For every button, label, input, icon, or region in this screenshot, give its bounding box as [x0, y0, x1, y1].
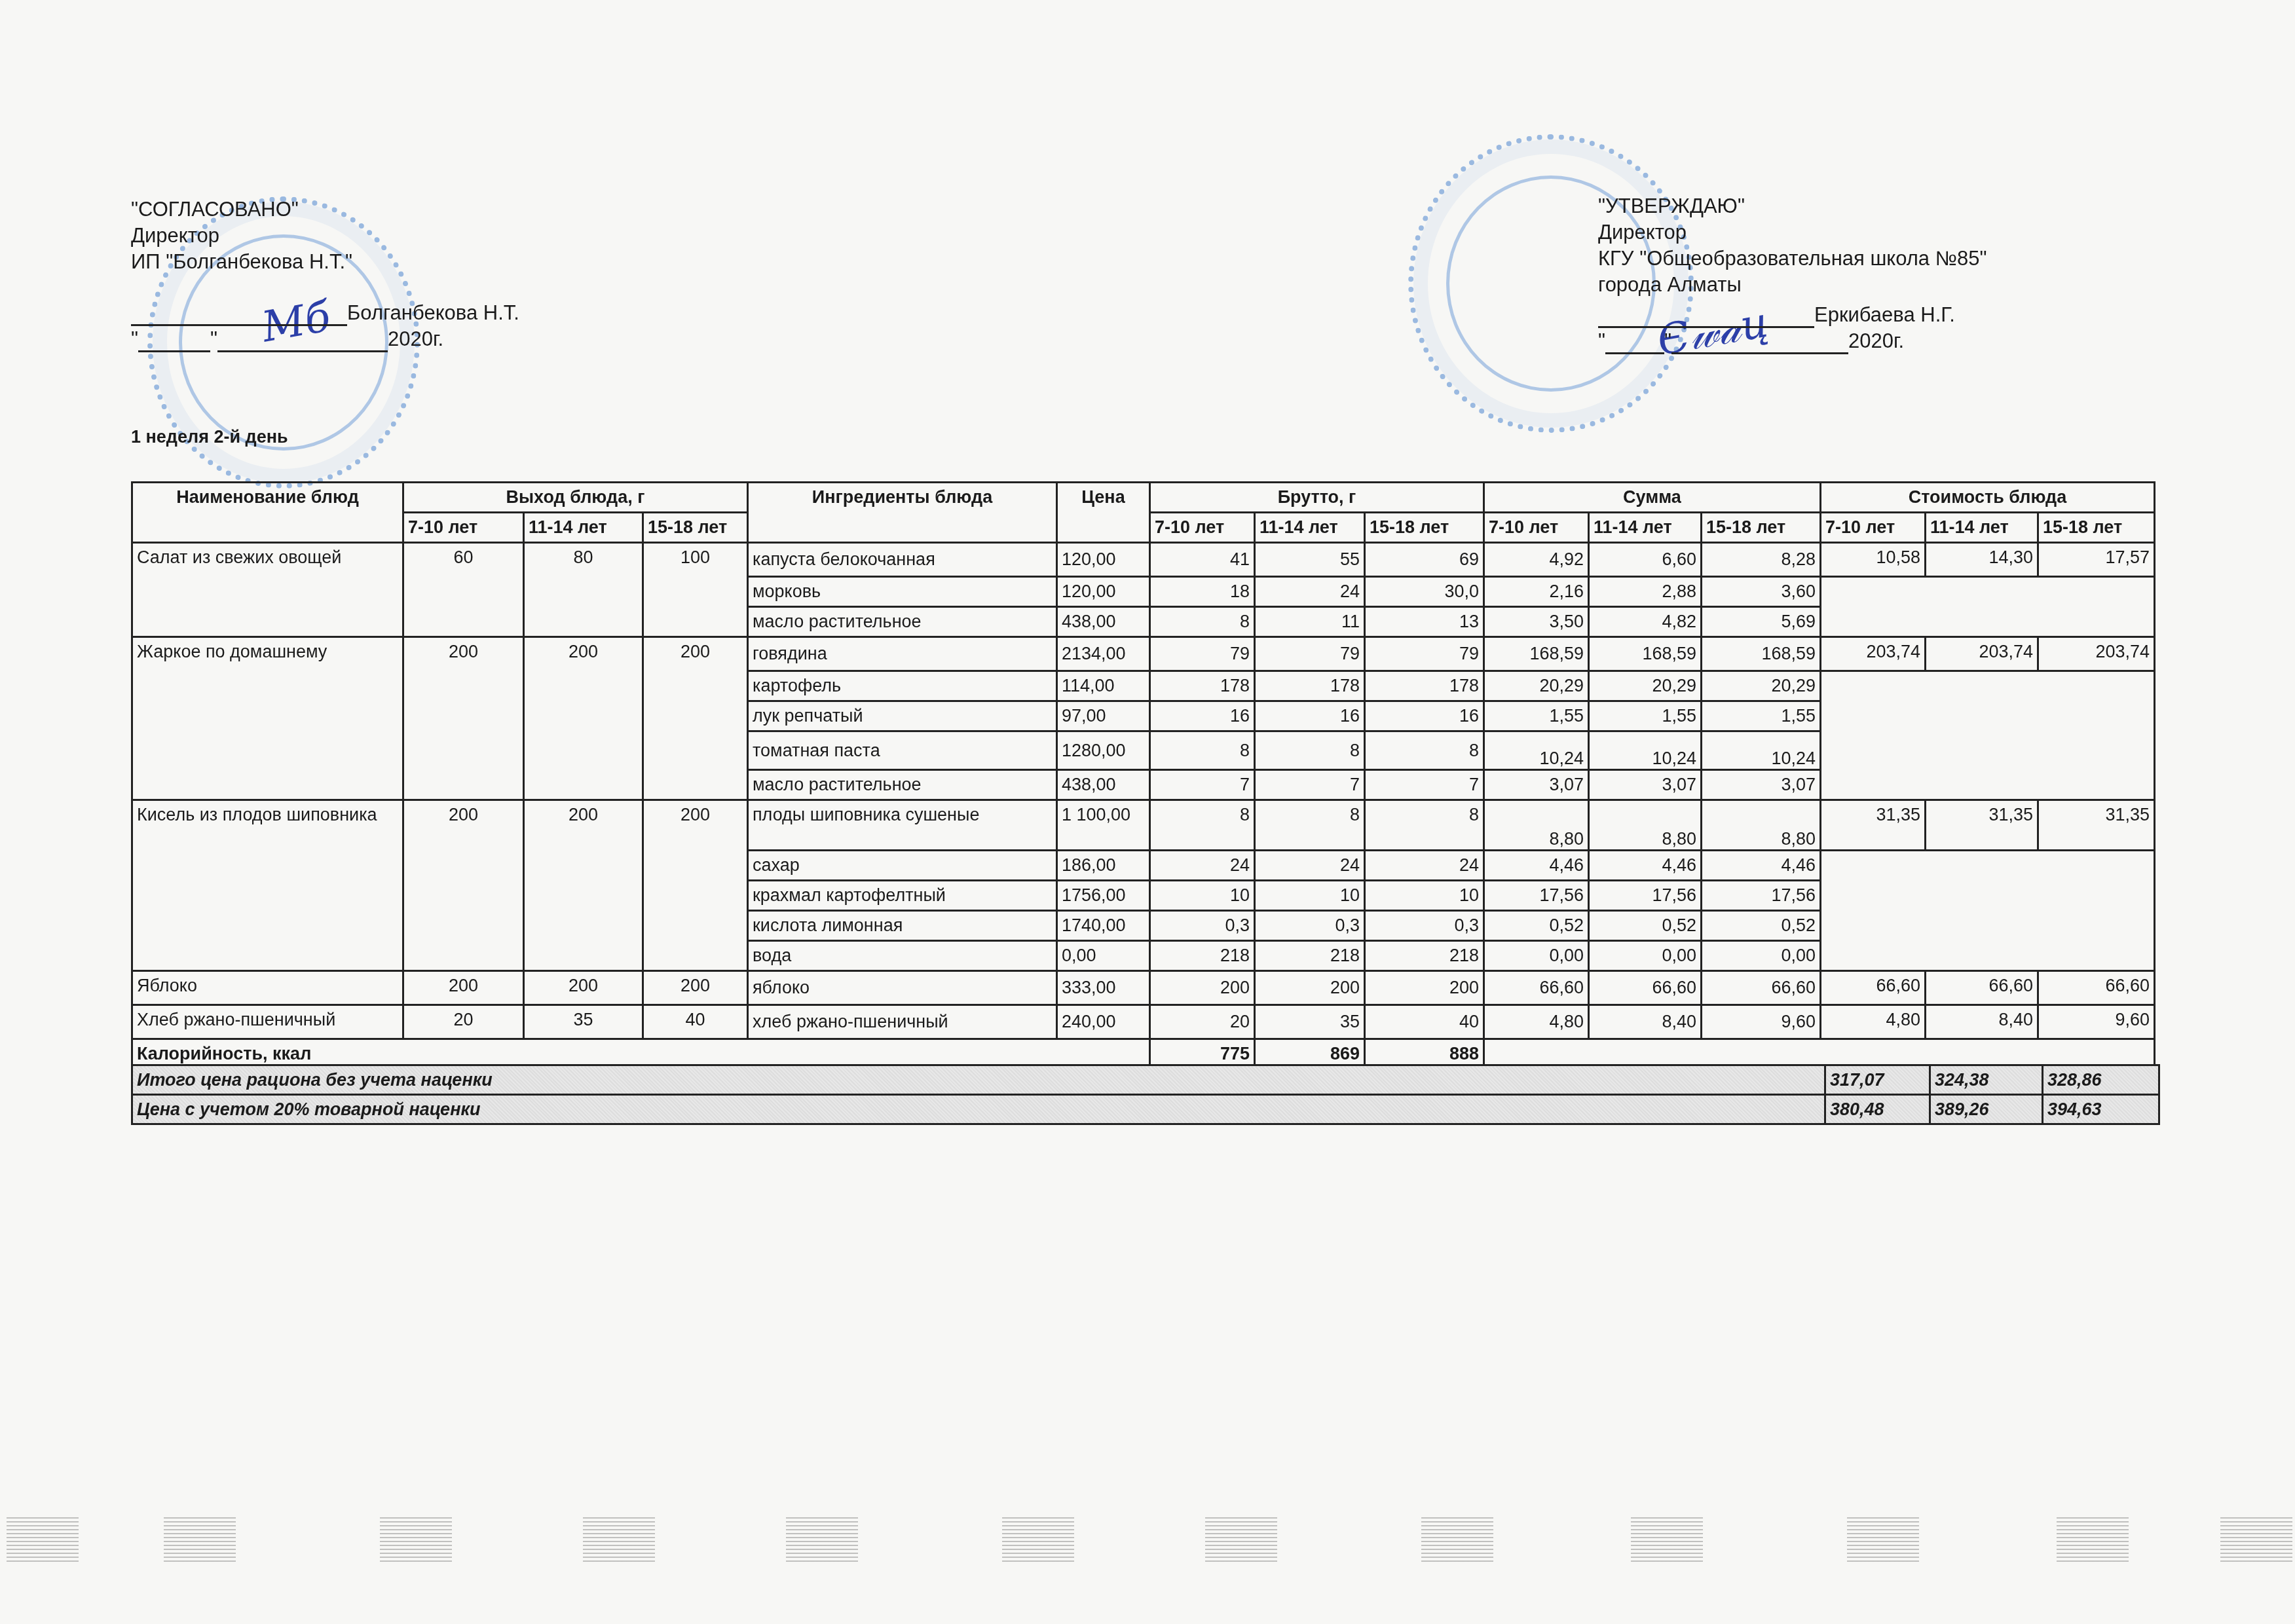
ingredient-gross: 7 — [1150, 770, 1255, 800]
header-gross-age-0: 7-10 лет — [1150, 513, 1255, 543]
ingredient-sum: 66,60 — [1484, 971, 1589, 1005]
ingredient-gross: 13 — [1365, 607, 1484, 637]
ingredient-gross: 10 — [1255, 881, 1365, 911]
ingredient-gross: 16 — [1365, 701, 1484, 731]
ingredient-gross: 18 — [1150, 577, 1255, 607]
week-day-label: 1 неделя 2-й день — [131, 427, 288, 447]
totals-value: 380,48 — [1825, 1095, 1930, 1124]
dish-cost: 17,57 — [2038, 543, 2155, 577]
header-cost-age-1: 11-14 лет — [1926, 513, 2038, 543]
ingredient-gross: 8 — [1365, 800, 1484, 851]
ingredient-sum: 4,80 — [1484, 1005, 1589, 1039]
dish-yield: 60 — [403, 543, 524, 637]
header-gross-age-2: 15-18 лет — [1365, 513, 1484, 543]
header-dish-cost: Стоимость блюда — [1821, 483, 2155, 513]
ingredient-sum: 20,29 — [1589, 671, 1702, 701]
ingredient-sum: 6,60 — [1589, 543, 1702, 577]
ingredient-price: 438,00 — [1057, 607, 1150, 637]
ingredient-sum: 8,80 — [1484, 800, 1589, 851]
approval-left-organization: ИП "Болганбекова Н.Т." — [131, 249, 519, 275]
ingredient-sum: 168,59 — [1589, 637, 1702, 671]
ingredient-gross: 24 — [1255, 577, 1365, 607]
ingredient-price: 240,00 — [1057, 1005, 1150, 1039]
dish-yield: 200 — [643, 800, 748, 971]
ingredient-gross: 24 — [1150, 851, 1255, 881]
ingredient-sum: 20,29 — [1702, 671, 1821, 701]
approval-left-year: 2020г. — [388, 327, 443, 350]
ingredient-gross: 40 — [1365, 1005, 1484, 1039]
dish-yield: 200 — [403, 637, 524, 800]
ingredient-sum: 0,52 — [1484, 911, 1589, 941]
approval-right-city: города Алматы — [1598, 272, 1987, 298]
ingredient-name: вода — [748, 941, 1057, 971]
ingredient-sum: 66,60 — [1702, 971, 1821, 1005]
ingredient-name: капуста белокочанная — [748, 543, 1057, 577]
dish-yield: 200 — [403, 800, 524, 971]
ingredient-name: сахар — [748, 851, 1057, 881]
ingredient-gross: 10 — [1365, 881, 1484, 911]
ingredient-sum: 1,55 — [1484, 701, 1589, 731]
dish-cost: 10,58 — [1821, 543, 1926, 577]
ingredient-sum: 3,07 — [1484, 770, 1589, 800]
ingredient-gross: 200 — [1365, 971, 1484, 1005]
ingredient-gross: 10 — [1150, 881, 1255, 911]
ingredient-gross: 218 — [1150, 941, 1255, 971]
ingredient-sum: 0,00 — [1589, 941, 1702, 971]
approval-right-signatory: Еркибаева Н.Г. — [1814, 303, 1955, 326]
totals-value: 324,38 — [1930, 1065, 2043, 1095]
approval-right-block: "УТВЕРЖДАЮ" Директор КГУ "Общеобразовате… — [1598, 193, 1987, 354]
header-ingredients: Ингредиенты блюда — [748, 483, 1057, 543]
ingredient-gross: 30,0 — [1365, 577, 1484, 607]
dish-cost: 9,60 — [2038, 1005, 2155, 1039]
totals-value: 328,86 — [2043, 1065, 2159, 1095]
ingredient-price: 120,00 — [1057, 577, 1150, 607]
table-row: Жаркое по домашнему200200200говядина2134… — [132, 637, 2155, 671]
ingredient-price: 1740,00 — [1057, 911, 1150, 941]
ingredient-sum: 3,60 — [1702, 577, 1821, 607]
dish-cost: 203,74 — [1926, 637, 2038, 671]
ingredient-gross: 8 — [1255, 800, 1365, 851]
ingredient-gross: 8 — [1150, 731, 1255, 770]
dish-cost: 31,35 — [1926, 800, 2038, 851]
ingredient-gross: 8 — [1150, 607, 1255, 637]
ingredient-sum: 2,16 — [1484, 577, 1589, 607]
ingredient-gross: 16 — [1150, 701, 1255, 731]
ingredient-sum: 4,92 — [1484, 543, 1589, 577]
table-row: Яблоко200200200яблоко333,0020020020066,6… — [132, 971, 2155, 1005]
ingredient-gross: 178 — [1365, 671, 1484, 701]
ingredient-name: картофель — [748, 671, 1057, 701]
ingredient-sum: 10,24 — [1484, 731, 1589, 770]
dish-cost: 31,35 — [2038, 800, 2155, 851]
dish-yield: 35 — [524, 1005, 643, 1039]
ingredient-price: 114,00 — [1057, 671, 1150, 701]
date-quote: " — [1598, 329, 1605, 352]
dish-cost: 66,60 — [2038, 971, 2155, 1005]
ingredient-name: масло растительное — [748, 607, 1057, 637]
dish-cost: 203,74 — [1821, 637, 1926, 671]
ingredient-gross: 0,3 — [1150, 911, 1255, 941]
ingredient-gross: 79 — [1365, 637, 1484, 671]
dish-yield: 20 — [403, 1005, 524, 1039]
dish-yield: 200 — [643, 971, 748, 1005]
ingredient-sum: 1,55 — [1702, 701, 1821, 731]
ingredient-sum: 20,29 — [1484, 671, 1589, 701]
ingredient-gross: 200 — [1150, 971, 1255, 1005]
ingredient-name: плоды шиповника сушеные — [748, 800, 1057, 851]
ingredient-price: 1 100,00 — [1057, 800, 1150, 851]
ingredient-sum: 17,56 — [1702, 881, 1821, 911]
ingredient-sum: 0,00 — [1702, 941, 1821, 971]
ingredient-sum: 66,60 — [1589, 971, 1702, 1005]
dish-yield: 200 — [403, 971, 524, 1005]
ingredient-sum: 9,60 — [1702, 1005, 1821, 1039]
ingredient-gross: 24 — [1255, 851, 1365, 881]
ingredient-gross: 8 — [1150, 800, 1255, 851]
ingredient-sum: 2,88 — [1589, 577, 1702, 607]
date-month-line — [1671, 352, 1848, 354]
dish-name: Кисель из плодов шиповника — [132, 800, 403, 971]
ingredient-price: 120,00 — [1057, 543, 1150, 577]
date-day-line — [138, 350, 210, 352]
ingredient-gross: 7 — [1365, 770, 1484, 800]
dish-yield: 200 — [524, 800, 643, 971]
ingredient-gross: 35 — [1255, 1005, 1365, 1039]
date-month-line — [217, 350, 388, 352]
dish-name: Хлеб ржано-пшеничный — [132, 1005, 403, 1039]
totals-value: 394,63 — [2043, 1095, 2159, 1124]
approval-left-signatory: Болганбекова Н.Т. — [347, 301, 519, 324]
ingredient-name: говядина — [748, 637, 1057, 671]
ingredient-sum: 8,80 — [1702, 800, 1821, 851]
header-yield-age-1: 11-14 лет — [524, 513, 643, 543]
ingredient-gross: 178 — [1255, 671, 1365, 701]
approval-right-position: Директор — [1598, 219, 1987, 246]
ingredient-price: 1280,00 — [1057, 731, 1150, 770]
ingredient-name: крахмал картофелтный — [748, 881, 1057, 911]
dish-yield: 40 — [643, 1005, 748, 1039]
ingredient-gross: 79 — [1150, 637, 1255, 671]
approval-left-title: "СОГЛАСОВАНО" — [131, 196, 519, 223]
ingredient-gross: 7 — [1255, 770, 1365, 800]
dish-name: Жаркое по домашнему — [132, 637, 403, 800]
totals-label: Цена с учетом 20% товарной наценки — [132, 1095, 1825, 1124]
header-yield-age-0: 7-10 лет — [403, 513, 524, 543]
approval-right-title: "УТВЕРЖДАЮ" — [1598, 193, 1987, 219]
header-sum-age-1: 11-14 лет — [1589, 513, 1702, 543]
ingredient-sum: 8,40 — [1589, 1005, 1702, 1039]
date-quote: " — [210, 327, 217, 350]
ingredient-sum: 4,46 — [1484, 851, 1589, 881]
header-gross-age-1: 11-14 лет — [1255, 513, 1365, 543]
ingredient-gross: 8 — [1255, 731, 1365, 770]
dish-yield: 200 — [643, 637, 748, 800]
ingredient-gross: 55 — [1255, 543, 1365, 577]
ingredient-gross: 0,3 — [1365, 911, 1484, 941]
dish-name: Салат из свежих овощей — [132, 543, 403, 637]
dish-yield: 100 — [643, 543, 748, 637]
dish-cost: 31,35 — [1821, 800, 1926, 851]
table-row: Хлеб ржано-пшеничный203540хлеб ржано-пше… — [132, 1005, 2155, 1039]
ingredient-price: 186,00 — [1057, 851, 1150, 881]
ingredient-name: кислота лимонная — [748, 911, 1057, 941]
dish-cost-empty — [1821, 577, 2155, 637]
ingredient-sum: 3,07 — [1702, 770, 1821, 800]
ingredient-gross: 218 — [1255, 941, 1365, 971]
header-price: Цена — [1057, 483, 1150, 543]
ingredient-gross: 69 — [1365, 543, 1484, 577]
ingredient-sum: 4,46 — [1589, 851, 1702, 881]
approval-left-position: Директор — [131, 223, 519, 249]
ingredient-name: яблоко — [748, 971, 1057, 1005]
ingredient-gross: 218 — [1365, 941, 1484, 971]
dish-cost-empty — [1821, 851, 2155, 971]
ingredient-gross: 0,3 — [1255, 911, 1365, 941]
dish-cost: 203,74 — [2038, 637, 2155, 671]
header-sum-age-2: 15-18 лет — [1702, 513, 1821, 543]
dish-yield: 200 — [524, 971, 643, 1005]
totals-label: Итого цена рациона без учета наценки — [132, 1065, 1825, 1095]
dish-cost: 66,60 — [1821, 971, 1926, 1005]
ingredient-price: 0,00 — [1057, 941, 1150, 971]
dish-cost: 8,40 — [1926, 1005, 2038, 1039]
header-gross: Брутто, г — [1150, 483, 1484, 513]
ingredient-price: 97,00 — [1057, 701, 1150, 731]
ingredient-sum: 1,55 — [1589, 701, 1702, 731]
ingredient-sum: 3,50 — [1484, 607, 1589, 637]
ingredient-name: морковь — [748, 577, 1057, 607]
ingredient-sum: 168,59 — [1702, 637, 1821, 671]
dish-yield: 200 — [524, 637, 643, 800]
ingredient-price: 333,00 — [1057, 971, 1150, 1005]
scan-artifacts — [0, 1516, 2295, 1562]
date-quote: " — [1664, 329, 1671, 352]
ingredient-gross: 16 — [1255, 701, 1365, 731]
ingredient-sum: 4,82 — [1589, 607, 1702, 637]
ingredient-sum: 168,59 — [1484, 637, 1589, 671]
ingredient-gross: 20 — [1150, 1005, 1255, 1039]
ingredient-sum: 8,80 — [1589, 800, 1702, 851]
ingredient-gross: 11 — [1255, 607, 1365, 637]
ingredient-sum: 4,46 — [1702, 851, 1821, 881]
header-cost-age-0: 7-10 лет — [1821, 513, 1926, 543]
ingredient-price: 2134,00 — [1057, 637, 1150, 671]
header-dish-name: Наименование блюд — [132, 483, 403, 543]
ingredient-gross: 79 — [1255, 637, 1365, 671]
dish-cost: 14,30 — [1926, 543, 2038, 577]
ingredient-gross: 41 — [1150, 543, 1255, 577]
date-day-line — [1605, 352, 1664, 354]
ingredient-name: лук репчатый — [748, 701, 1057, 731]
ingredient-sum: 0,00 — [1484, 941, 1589, 971]
ingredient-gross: 200 — [1255, 971, 1365, 1005]
ingredient-sum: 10,24 — [1702, 731, 1821, 770]
header-cost-age-2: 15-18 лет — [2038, 513, 2155, 543]
table-row: Салат из свежих овощей6080100капуста бел… — [132, 543, 2155, 577]
ingredient-price: 1756,00 — [1057, 881, 1150, 911]
ingredient-gross: 24 — [1365, 851, 1484, 881]
totals-row: Итого цена рациона без учета наценки317,… — [132, 1065, 2159, 1095]
header-yield: Выход блюда, г — [403, 483, 748, 513]
ingredient-price: 438,00 — [1057, 770, 1150, 800]
table-row: Кисель из плодов шиповника200200200плоды… — [132, 800, 2155, 851]
ingredient-sum: 0,52 — [1589, 911, 1702, 941]
ingredient-sum: 17,56 — [1484, 881, 1589, 911]
dish-cost-empty — [1821, 671, 2155, 800]
totals-value: 389,26 — [1930, 1095, 2043, 1124]
ingredient-sum: 3,07 — [1589, 770, 1702, 800]
ingredient-gross: 178 — [1150, 671, 1255, 701]
ingredient-name: масло растительное — [748, 770, 1057, 800]
header-sum-age-0: 7-10 лет — [1484, 513, 1589, 543]
dish-yield: 80 — [524, 543, 643, 637]
approval-right-year: 2020г. — [1848, 329, 1904, 352]
dish-cost: 4,80 — [1821, 1005, 1926, 1039]
totals-table: Итого цена рациона без учета наценки317,… — [131, 1064, 2160, 1125]
approval-right-organization: КГУ "Общеобразовательная школа №85" — [1598, 246, 1987, 272]
ingredient-sum: 5,69 — [1702, 607, 1821, 637]
ingredient-sum: 0,52 — [1702, 911, 1821, 941]
totals-value: 317,07 — [1825, 1065, 1930, 1095]
ingredient-name: хлеб ржано-пшеничный — [748, 1005, 1057, 1039]
date-quote: " — [131, 327, 138, 350]
ingredient-sum: 17,56 — [1589, 881, 1702, 911]
header-yield-age-2: 15-18 лет — [643, 513, 748, 543]
header-sum: Сумма — [1484, 483, 1821, 513]
menu-table: Наименование блюд Выход блюда, г Ингреди… — [131, 481, 2155, 1070]
ingredient-gross: 8 — [1365, 731, 1484, 770]
dish-cost: 66,60 — [1926, 971, 2038, 1005]
ingredient-sum: 10,24 — [1589, 731, 1702, 770]
approval-left-block: "СОГЛАСОВАНО" Директор ИП "Болганбекова … — [131, 196, 519, 352]
ingredient-name: томатная паста — [748, 731, 1057, 770]
ingredient-sum: 8,28 — [1702, 543, 1821, 577]
dish-name: Яблоко — [132, 971, 403, 1005]
totals-row: Цена с учетом 20% товарной наценки380,48… — [132, 1095, 2159, 1124]
